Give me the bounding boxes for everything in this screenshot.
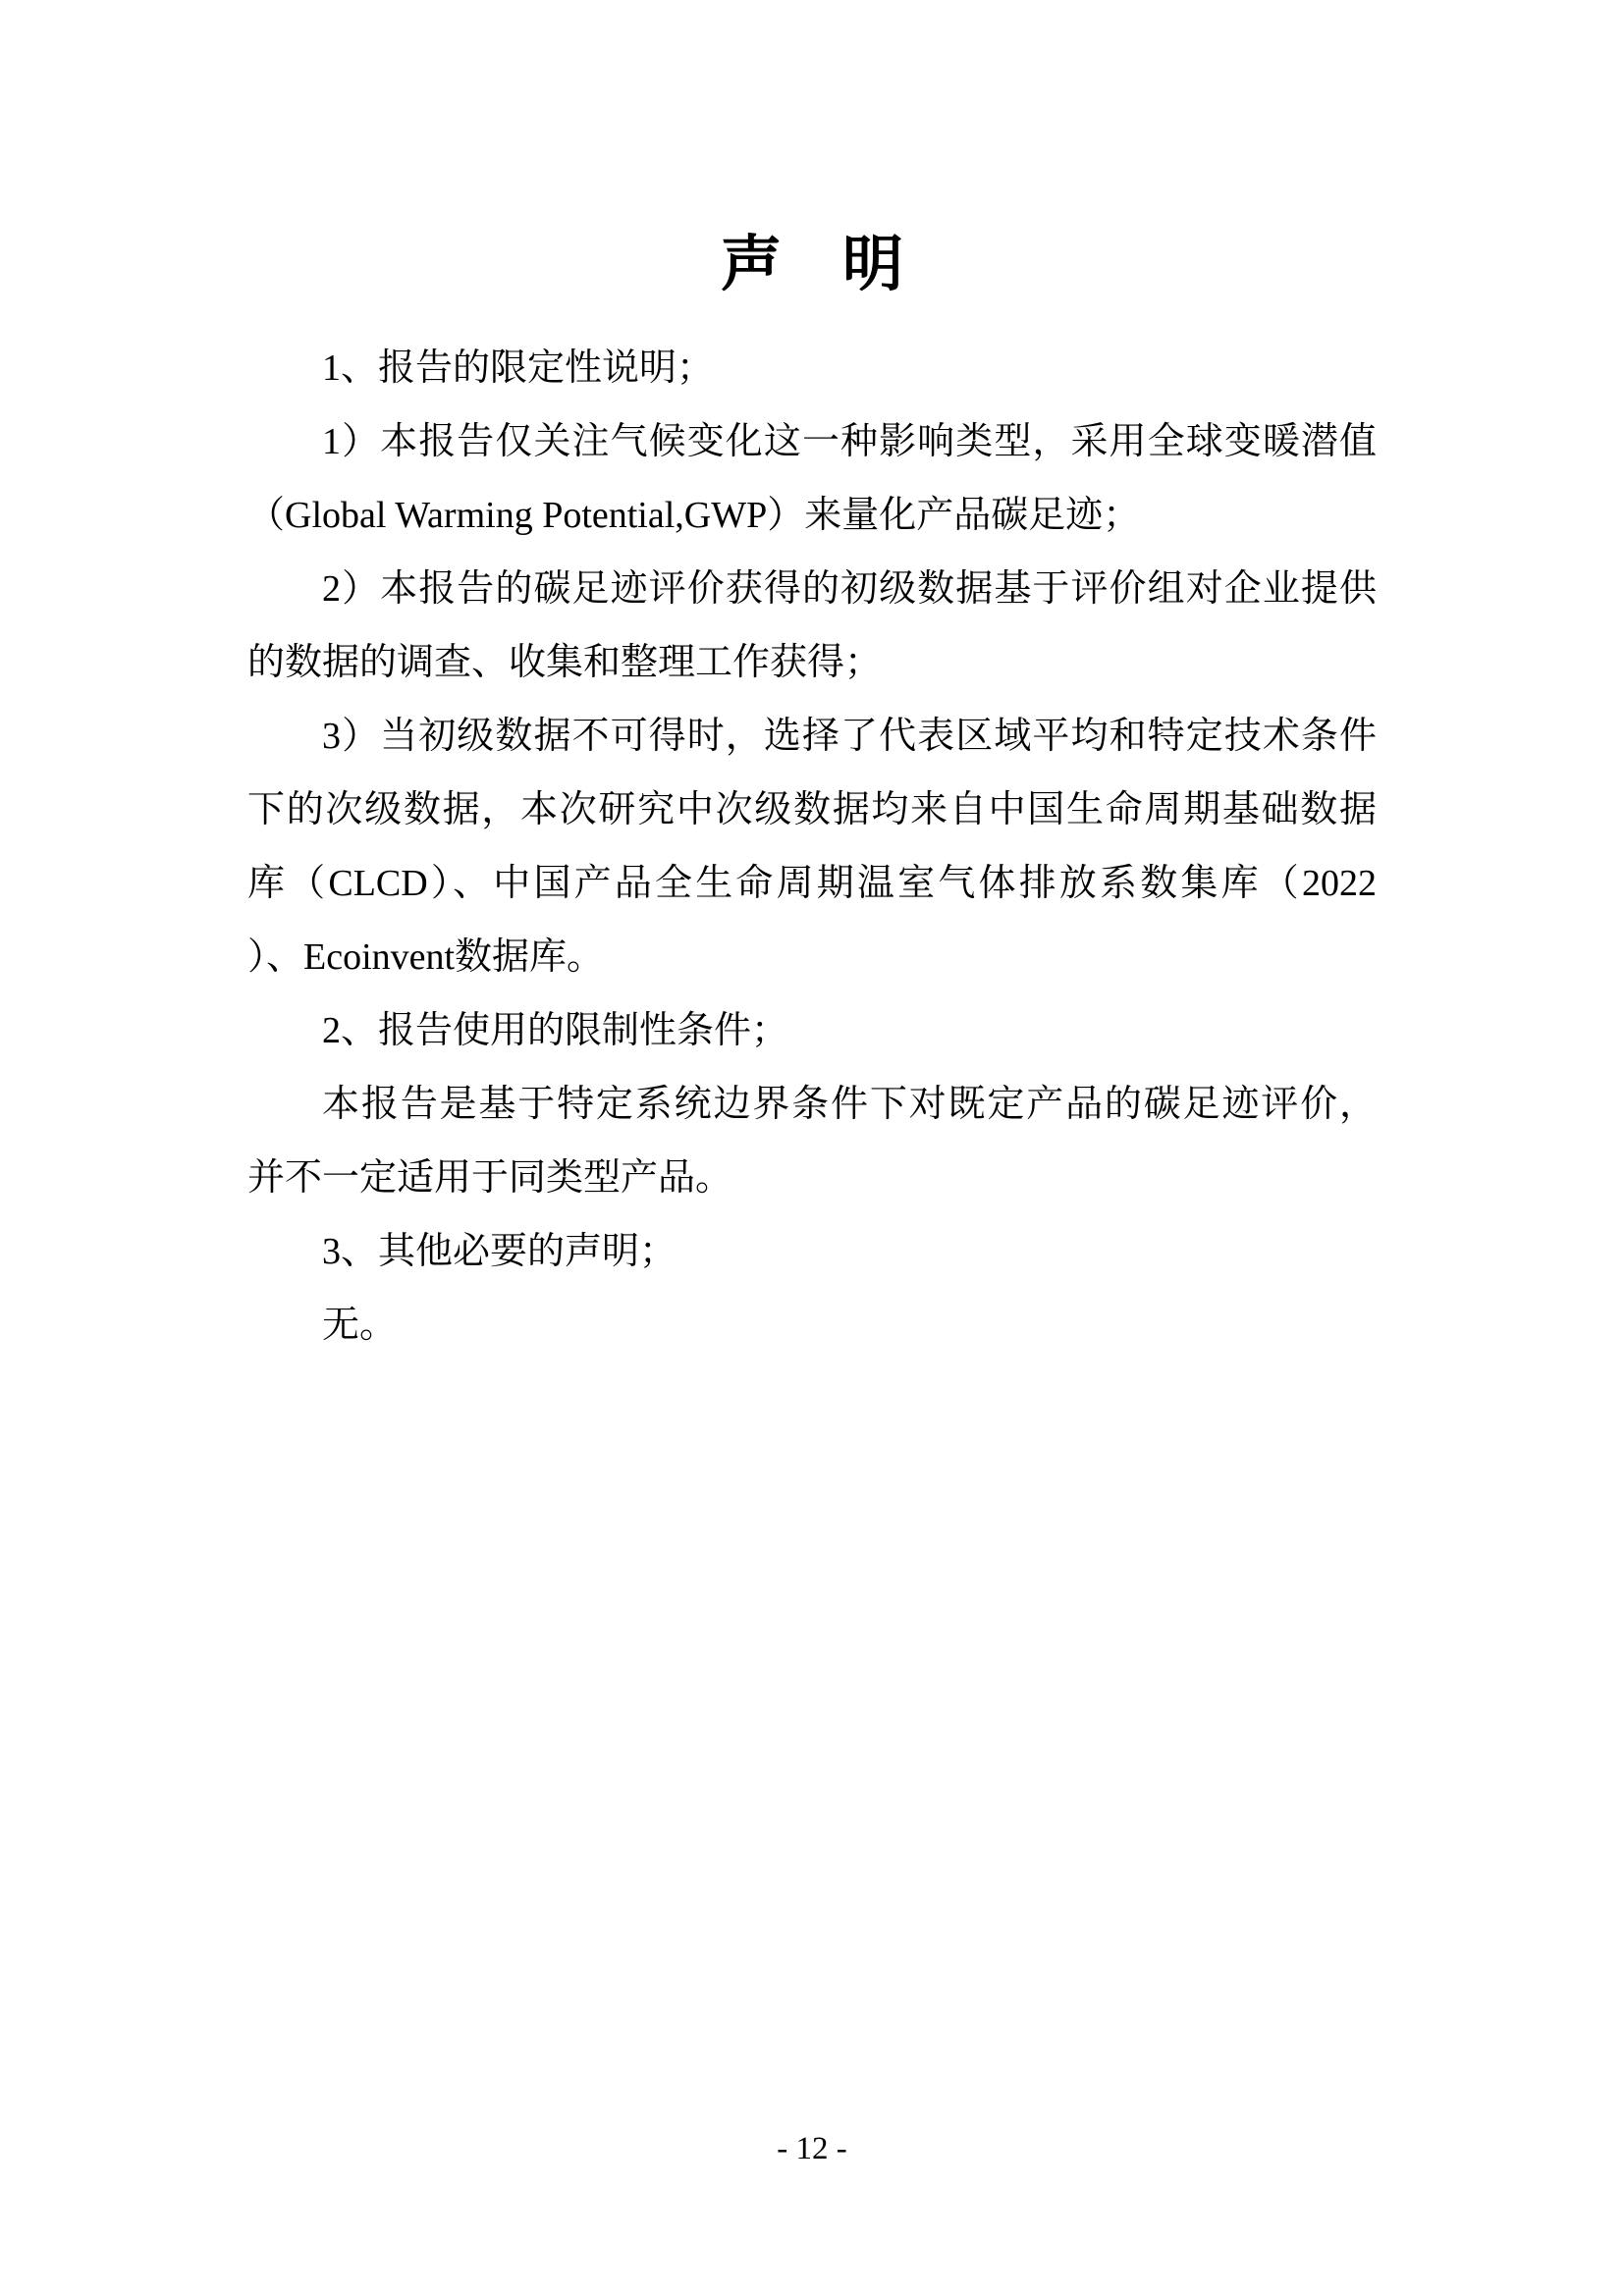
text-line: 3）当初级数据不可得时，选择了代表区域平均和特定技术条件 (247, 700, 1377, 774)
text-line: 2、报告使用的限制性条件； (247, 994, 1377, 1068)
paragraph: 无。 (247, 1289, 1377, 1362)
text-line: 库（CLCD）、中国产品全生命周期温室气体排放系数集库（2022 (247, 847, 1377, 921)
paragraph: 1）本报告仅关注气候变化这一种影响类型，采用全球变暖潜值（Global Warm… (247, 405, 1377, 553)
text-line: 并不一定适用于同类型产品。 (247, 1142, 1377, 1215)
text-line: 1）本报告仅关注气候变化这一种影响类型，采用全球变暖潜值 (247, 405, 1377, 479)
text-line: 1、报告的限定性说明； (247, 332, 1377, 405)
paragraph: 2）本报告的碳足迹评价获得的初级数据基于评价组对企业提供的数据的调查、收集和整理… (247, 553, 1377, 700)
paragraph: 1、报告的限定性说明； (247, 332, 1377, 405)
page-number: - 12 - (777, 2131, 846, 2166)
text-line: （Global Warming Potential,GWP）来量化产品碳足迹； (247, 479, 1377, 553)
paragraph: 2、报告使用的限制性条件； (247, 994, 1377, 1068)
paragraph: 3）当初级数据不可得时，选择了代表区域平均和特定技术条件下的次级数据，本次研究中… (247, 700, 1377, 994)
paragraph: 3、其他必要的声明； (247, 1215, 1377, 1289)
text-line: ）、Ecoinvent数据库。 (247, 921, 1377, 994)
page-footer: - 12 - (0, 2128, 1624, 2169)
text-line: 的数据的调查、收集和整理工作获得； (247, 626, 1377, 700)
text-line: 3、其他必要的声明； (247, 1215, 1377, 1289)
text-line: 下的次级数据，本次研究中次级数据均来自中国生命周期基础数据 (247, 774, 1377, 847)
text-line: 本报告是基于特定系统边界条件下对既定产品的碳足迹评价， (247, 1068, 1377, 1142)
text-line: 无。 (247, 1289, 1377, 1362)
document-page: 声 明 1、报告的限定性说明；1）本报告仅关注气候变化这一种影响类型，采用全球变… (0, 0, 1624, 2296)
page-title: 声 明 (0, 226, 1624, 304)
document-body: 1、报告的限定性说明；1）本报告仅关注气候变化这一种影响类型，采用全球变暖潜值（… (247, 332, 1377, 1362)
paragraph: 本报告是基于特定系统边界条件下对既定产品的碳足迹评价，并不一定适用于同类型产品。 (247, 1068, 1377, 1215)
text-line: 2）本报告的碳足迹评价获得的初级数据基于评价组对企业提供 (247, 553, 1377, 626)
